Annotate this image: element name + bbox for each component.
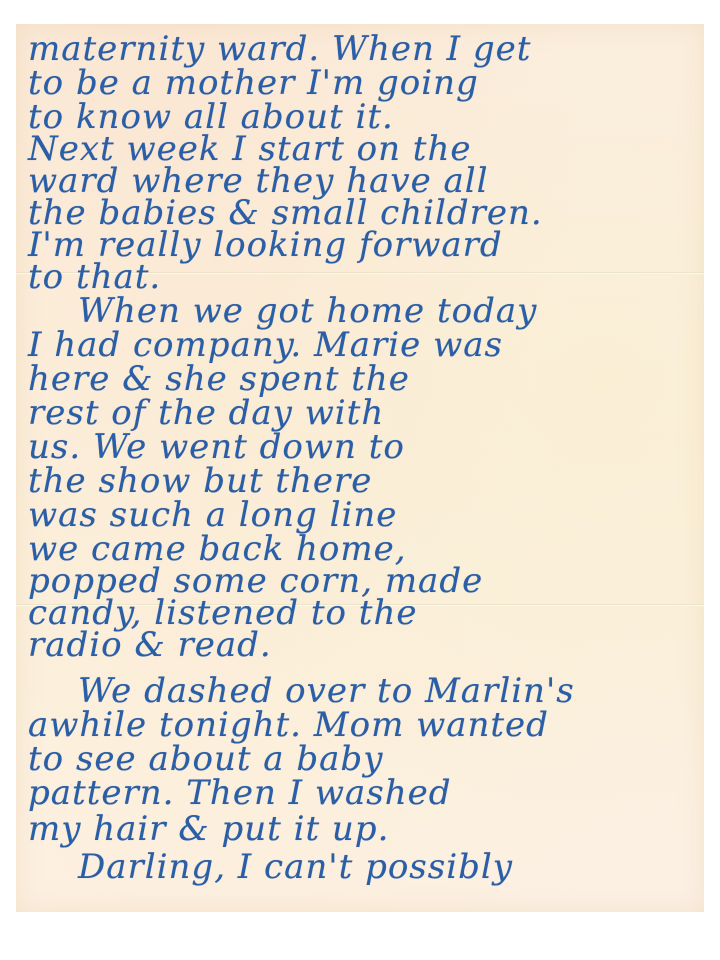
letter-line: was such a long line bbox=[28, 498, 397, 532]
letter-line: us. We went down to bbox=[28, 430, 405, 464]
letter-line: to be a mother I'm going bbox=[28, 66, 479, 100]
letter-line: to see about a baby bbox=[28, 742, 383, 776]
letter-line: my hair & put it up. bbox=[28, 812, 389, 846]
letter-line: the show but there bbox=[28, 464, 372, 498]
letter-line: maternity ward. When I get bbox=[28, 32, 531, 66]
letter-line: I had company. Marie was bbox=[28, 328, 503, 362]
letter-line: Darling, I can't possibly bbox=[78, 850, 513, 884]
letter-line: rest of the day with bbox=[28, 396, 384, 430]
letter-line: When we got home today bbox=[78, 294, 537, 328]
letter-line: radio & read. bbox=[28, 628, 272, 662]
letter-line: here & she spent the bbox=[28, 362, 410, 396]
letter-body: maternity ward. When I get to be a mothe… bbox=[16, 24, 704, 912]
letter-line: pattern. Then I washed bbox=[28, 776, 452, 810]
letter-line: to that. bbox=[28, 260, 161, 294]
letter-line: We dashed over to Marlin's bbox=[78, 674, 575, 708]
letter-line: awhile tonight. Mom wanted bbox=[28, 708, 549, 742]
letter-page: maternity ward. When I get to be a mothe… bbox=[16, 24, 704, 912]
